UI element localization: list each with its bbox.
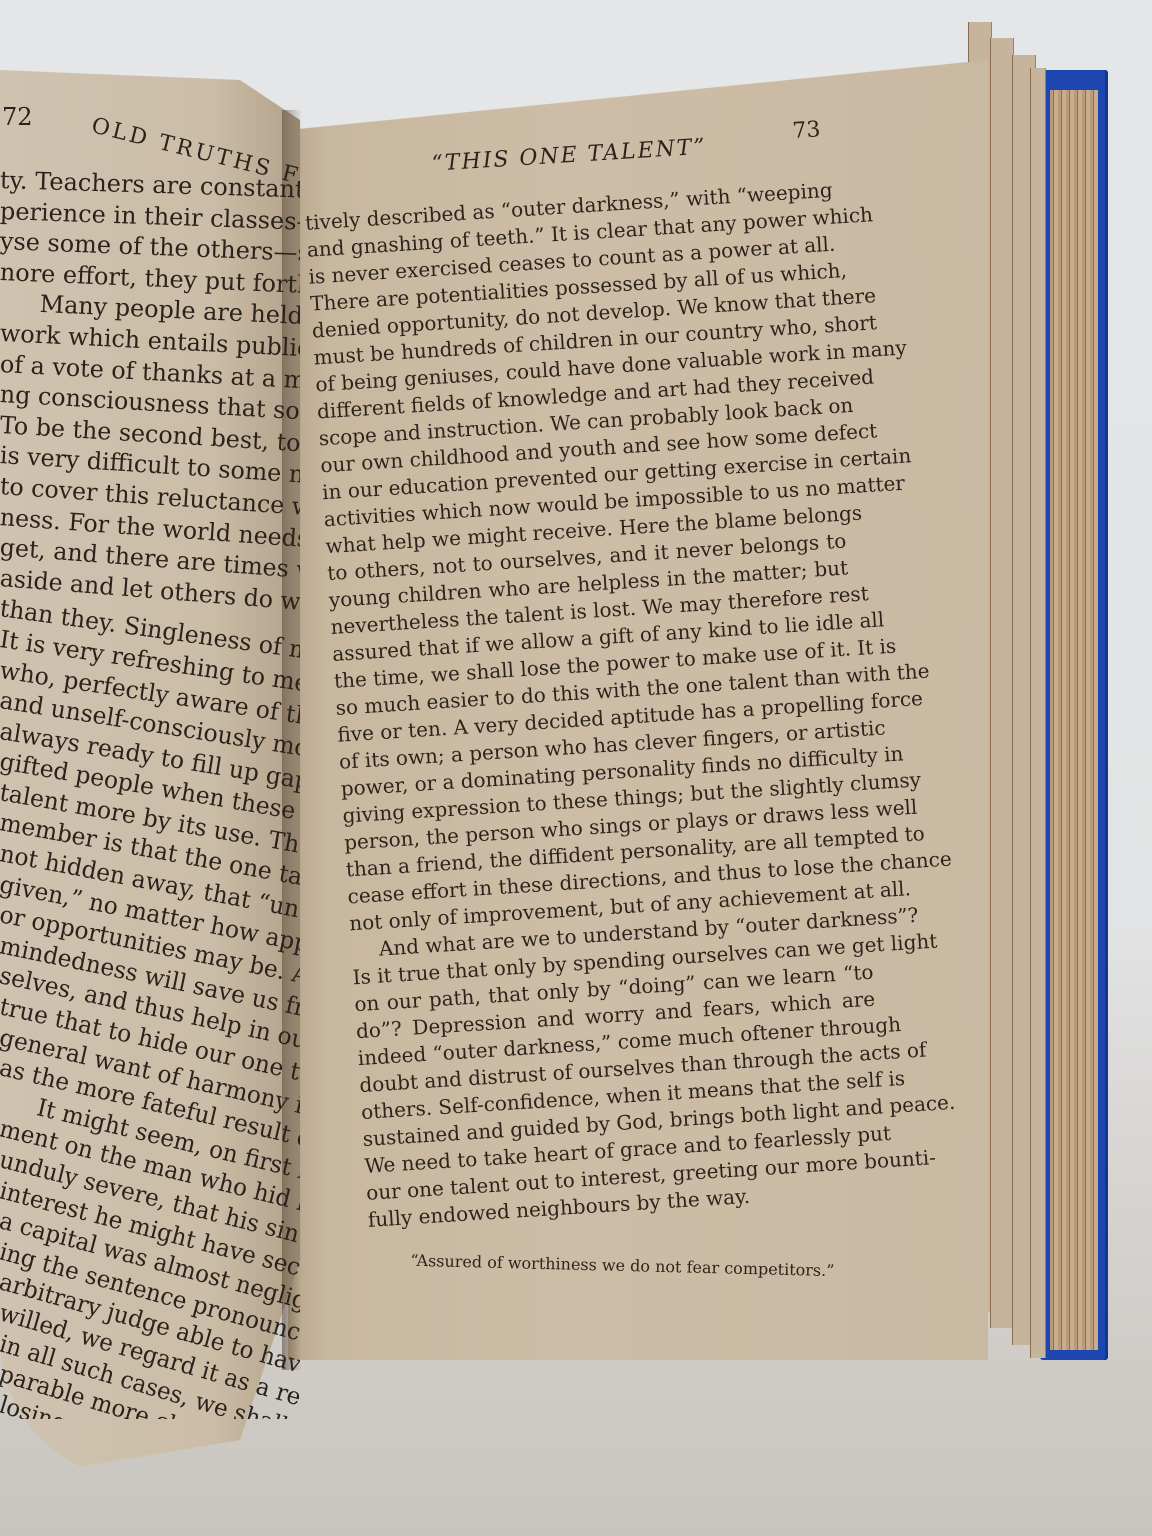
left-page-text: 72 OLD TRUTHS FOR NE ty. Teachers are co… bbox=[0, 95, 300, 1419]
chapter-title: “THIS ONE TALENT” bbox=[431, 135, 707, 177]
left-body: ty. Teachers are constantly comingperien… bbox=[0, 165, 300, 1419]
book-page-block bbox=[1050, 90, 1098, 1350]
right-body: tively described as “outer darkness,” wi… bbox=[304, 177, 887, 1234]
photo-scene: “THIS ONE TALENT” 73 tively described as… bbox=[0, 0, 1152, 1536]
left-running-head: 72 OLD TRUTHS FOR NE bbox=[0, 95, 300, 165]
fanned-page bbox=[990, 38, 1014, 1328]
page-number: 72 bbox=[2, 103, 33, 131]
page-number: 73 bbox=[792, 117, 822, 144]
fanned-page bbox=[1030, 68, 1046, 1358]
right-page-text: “THIS ONE TALENT” 73 tively described as… bbox=[300, 107, 890, 1268]
